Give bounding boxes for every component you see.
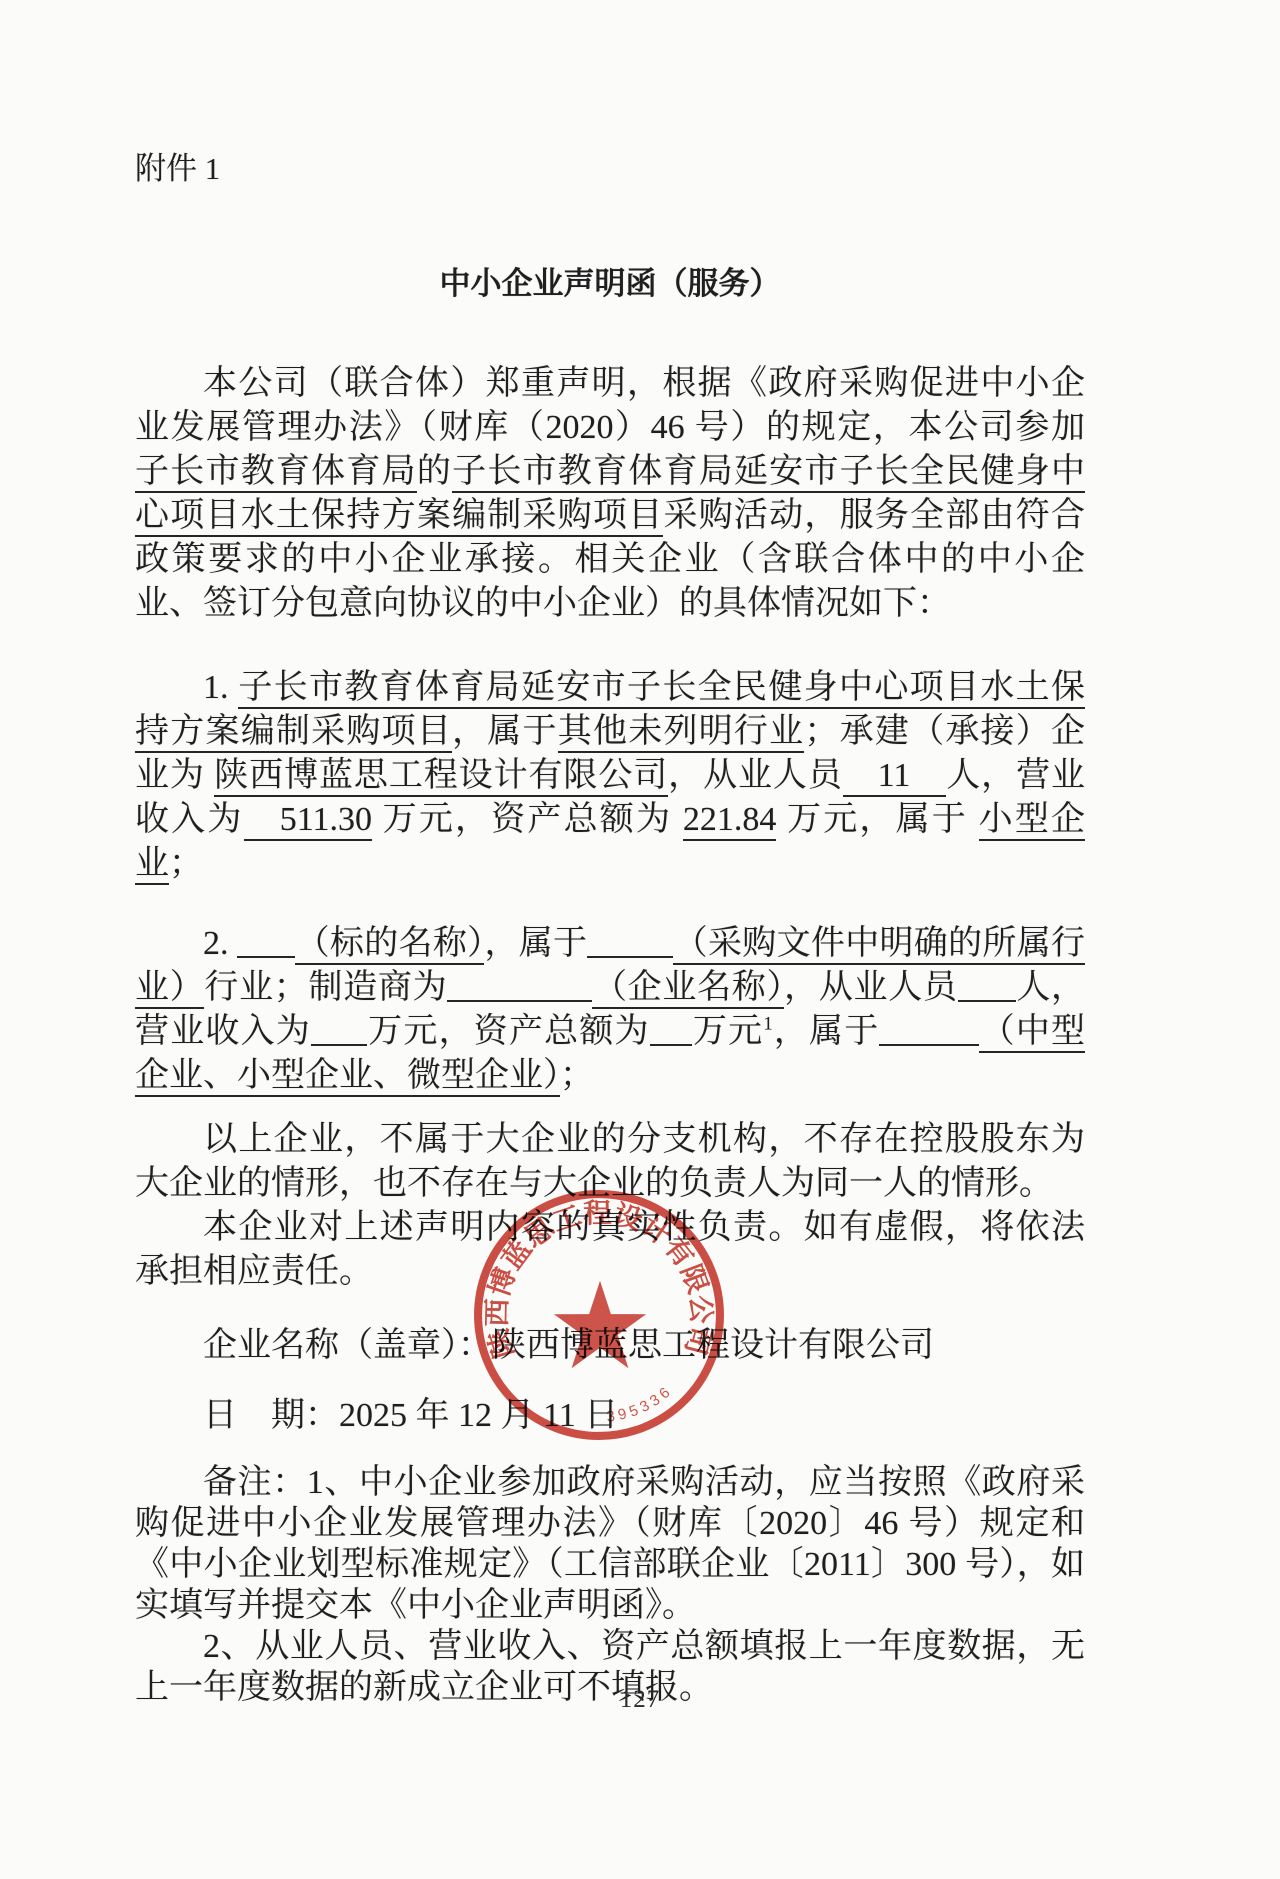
item-1-paragraph: 1. 子长市教育体育局延安市子长全民健身中心项目水土保持方案编制采购项目，属于其… (135, 666, 1085, 886)
item-2-paragraph: 2. （标的名称），属于（采购文件中明确的所属行业）行业；制造商为（企业名称），… (135, 922, 1085, 1098)
page: 附件 1 中小企业声明函（服务） 本公司（联合体）郑重声明，根据《政府采购促进中… (0, 0, 1280, 1879)
notes-paragraph-1: 备注：1、中小企业参加政府采购活动，应当按照《政府采购促进中小企业发展管理办法》… (135, 1462, 1085, 1626)
document-title: 中小企业声明函（服务） (135, 264, 1085, 304)
page-number: 127 (0, 1686, 1280, 1714)
attachment-label: 附件 1 (135, 150, 1085, 188)
declaration-paragraph: 本公司（联合体）郑重声明，根据《政府采购促进中小企业发展管理办法》（财库（202… (135, 362, 1085, 626)
seal-star-icon (554, 1281, 646, 1368)
company-seal: 陕西博蓝思工程设计有限公司 395336 (470, 1186, 728, 1444)
document-body: 附件 1 中小企业声明函（服务） 本公司（联合体）郑重声明，根据《政府采购促进中… (0, 0, 1280, 1879)
